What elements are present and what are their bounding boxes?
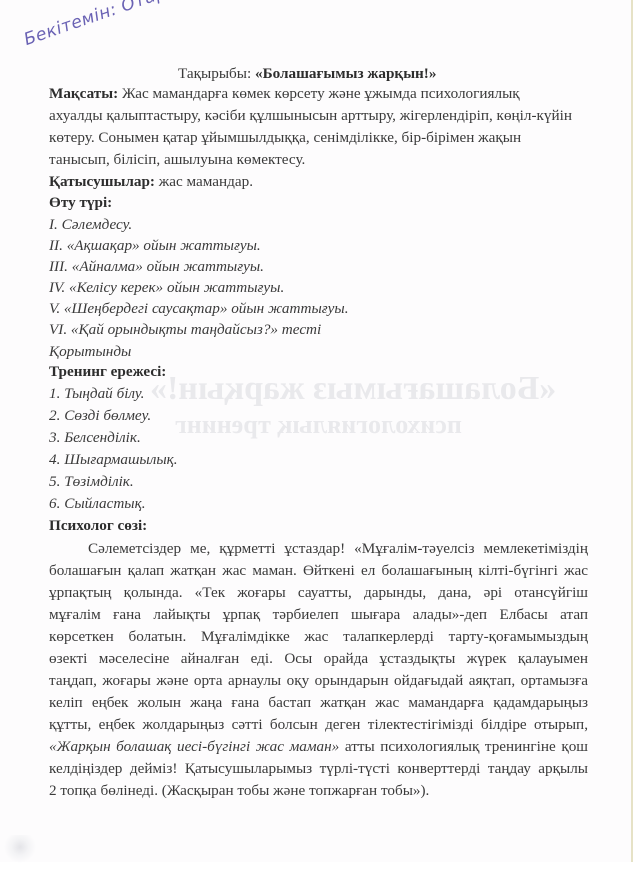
rule-item: 4. Шығармашылық. bbox=[49, 450, 178, 470]
rule-item: 3. Белсенділік. bbox=[49, 428, 141, 448]
scan-smudge bbox=[0, 835, 40, 863]
speech-line: көрсеткен болатын. Мұғалімдікке жас тала… bbox=[49, 627, 588, 647]
speech-line: келіп еңбек жолын жаңа ғана бастап жатқа… bbox=[49, 693, 588, 713]
speech-heading: Психолог сөзі: bbox=[49, 516, 147, 536]
goal-line-4: танысып, біліcіп, ашылуына көмектесу. bbox=[49, 150, 305, 170]
procedure-item: VI. «Қай орындықты таңдайсыз?» тесті bbox=[49, 320, 321, 340]
page-edge bbox=[631, 0, 633, 862]
procedure-item: III. «Айналма» ойын жаттығуы. bbox=[49, 257, 264, 277]
participants-label: Қатысушылар: bbox=[49, 173, 155, 190]
speech-line-italic: «Жарқын болашақ иесі-бүгінгі жас маман» … bbox=[49, 737, 588, 757]
bleed-through-subtitle: психологиялық тренинг bbox=[175, 410, 462, 440]
goal-label: Мақсаты: bbox=[49, 85, 118, 102]
rule-item: 5. Төзімділік. bbox=[49, 472, 134, 492]
goal-line-1: Мақсаты: Жас мамандарға көмек көрсету жә… bbox=[49, 84, 520, 104]
rules-heading: Тренинг ережесі: bbox=[49, 362, 166, 382]
speech-line: мұғалім ғана лайықты ұрпақ тәрбиелеп шығ… bbox=[49, 605, 588, 625]
participants-line: Қатысушылар: жас мамандар. bbox=[49, 172, 253, 192]
speech-line: таңдап, жоғары және орта арнаулы оқу оры… bbox=[49, 671, 588, 691]
goal-line-3: көтеру. Сонымен қатар ұйымшылдыққа, сені… bbox=[49, 128, 521, 148]
procedure-item: II. «Ақшақар» ойын жаттығуы. bbox=[49, 236, 261, 256]
title-prefix: Тақырыбы: bbox=[178, 65, 255, 82]
document-page: «Болашағымыз жарқын!» психологиялық трен… bbox=[0, 0, 632, 862]
approval-signature: Бекітемін: Отарұ bbox=[21, 0, 179, 50]
rule-item: 6. Сыйластық. bbox=[49, 494, 146, 514]
participants-value: жас мамандар. bbox=[155, 173, 253, 190]
title-text: «Болашағымыз жарқын!» bbox=[255, 65, 436, 82]
speech-line: өзекті мәселесіне айналған еді. Осы орай… bbox=[49, 649, 588, 669]
speech-line: болашағын қалап жатқан жас маман. Өйткен… bbox=[49, 561, 588, 581]
speech-line: 2 топқа бөлінеді. (Жасқыран тобы және то… bbox=[49, 781, 429, 801]
rule-item: 1. Тыңдай білу. bbox=[49, 384, 144, 404]
speech-line: Сәлеметсіздер ме, құрметті ұстаздар! «Мұ… bbox=[88, 539, 588, 559]
procedure-heading: Өту түрі: bbox=[49, 193, 112, 213]
procedure-item: I. Сәлемдесу. bbox=[49, 215, 132, 235]
page-title: Тақырыбы: «Болашағымыз жарқын!» bbox=[178, 64, 436, 84]
speech-line: құтты, еңбек жолдарыңыз сәтті болсын дег… bbox=[49, 715, 588, 735]
bleed-through-title: «Болашағымыз жарқын!» bbox=[150, 370, 556, 408]
procedure-item: V. «Шеңбердегі саусақтар» ойын жаттығуы. bbox=[49, 299, 349, 319]
training-name: «Жарқын болашақ иесі-бүгінгі жас маман» bbox=[49, 738, 339, 755]
procedure-item: IV. «Келісу керек» ойын жаттығуы. bbox=[49, 278, 284, 298]
rule-item: 2. Сөзді бөлмеу. bbox=[49, 406, 151, 426]
speech-line: ұрпақтың қолында. «Тек жоғары сауатты, д… bbox=[49, 583, 588, 603]
speech-line: келдіңіздер дейміз! Қатысушыларымыз түрл… bbox=[49, 759, 588, 779]
goal-line-2: ахуалды қалыптастыру, кәсіби құлшынысын … bbox=[49, 106, 572, 126]
procedure-item: Қорытынды bbox=[49, 342, 131, 362]
